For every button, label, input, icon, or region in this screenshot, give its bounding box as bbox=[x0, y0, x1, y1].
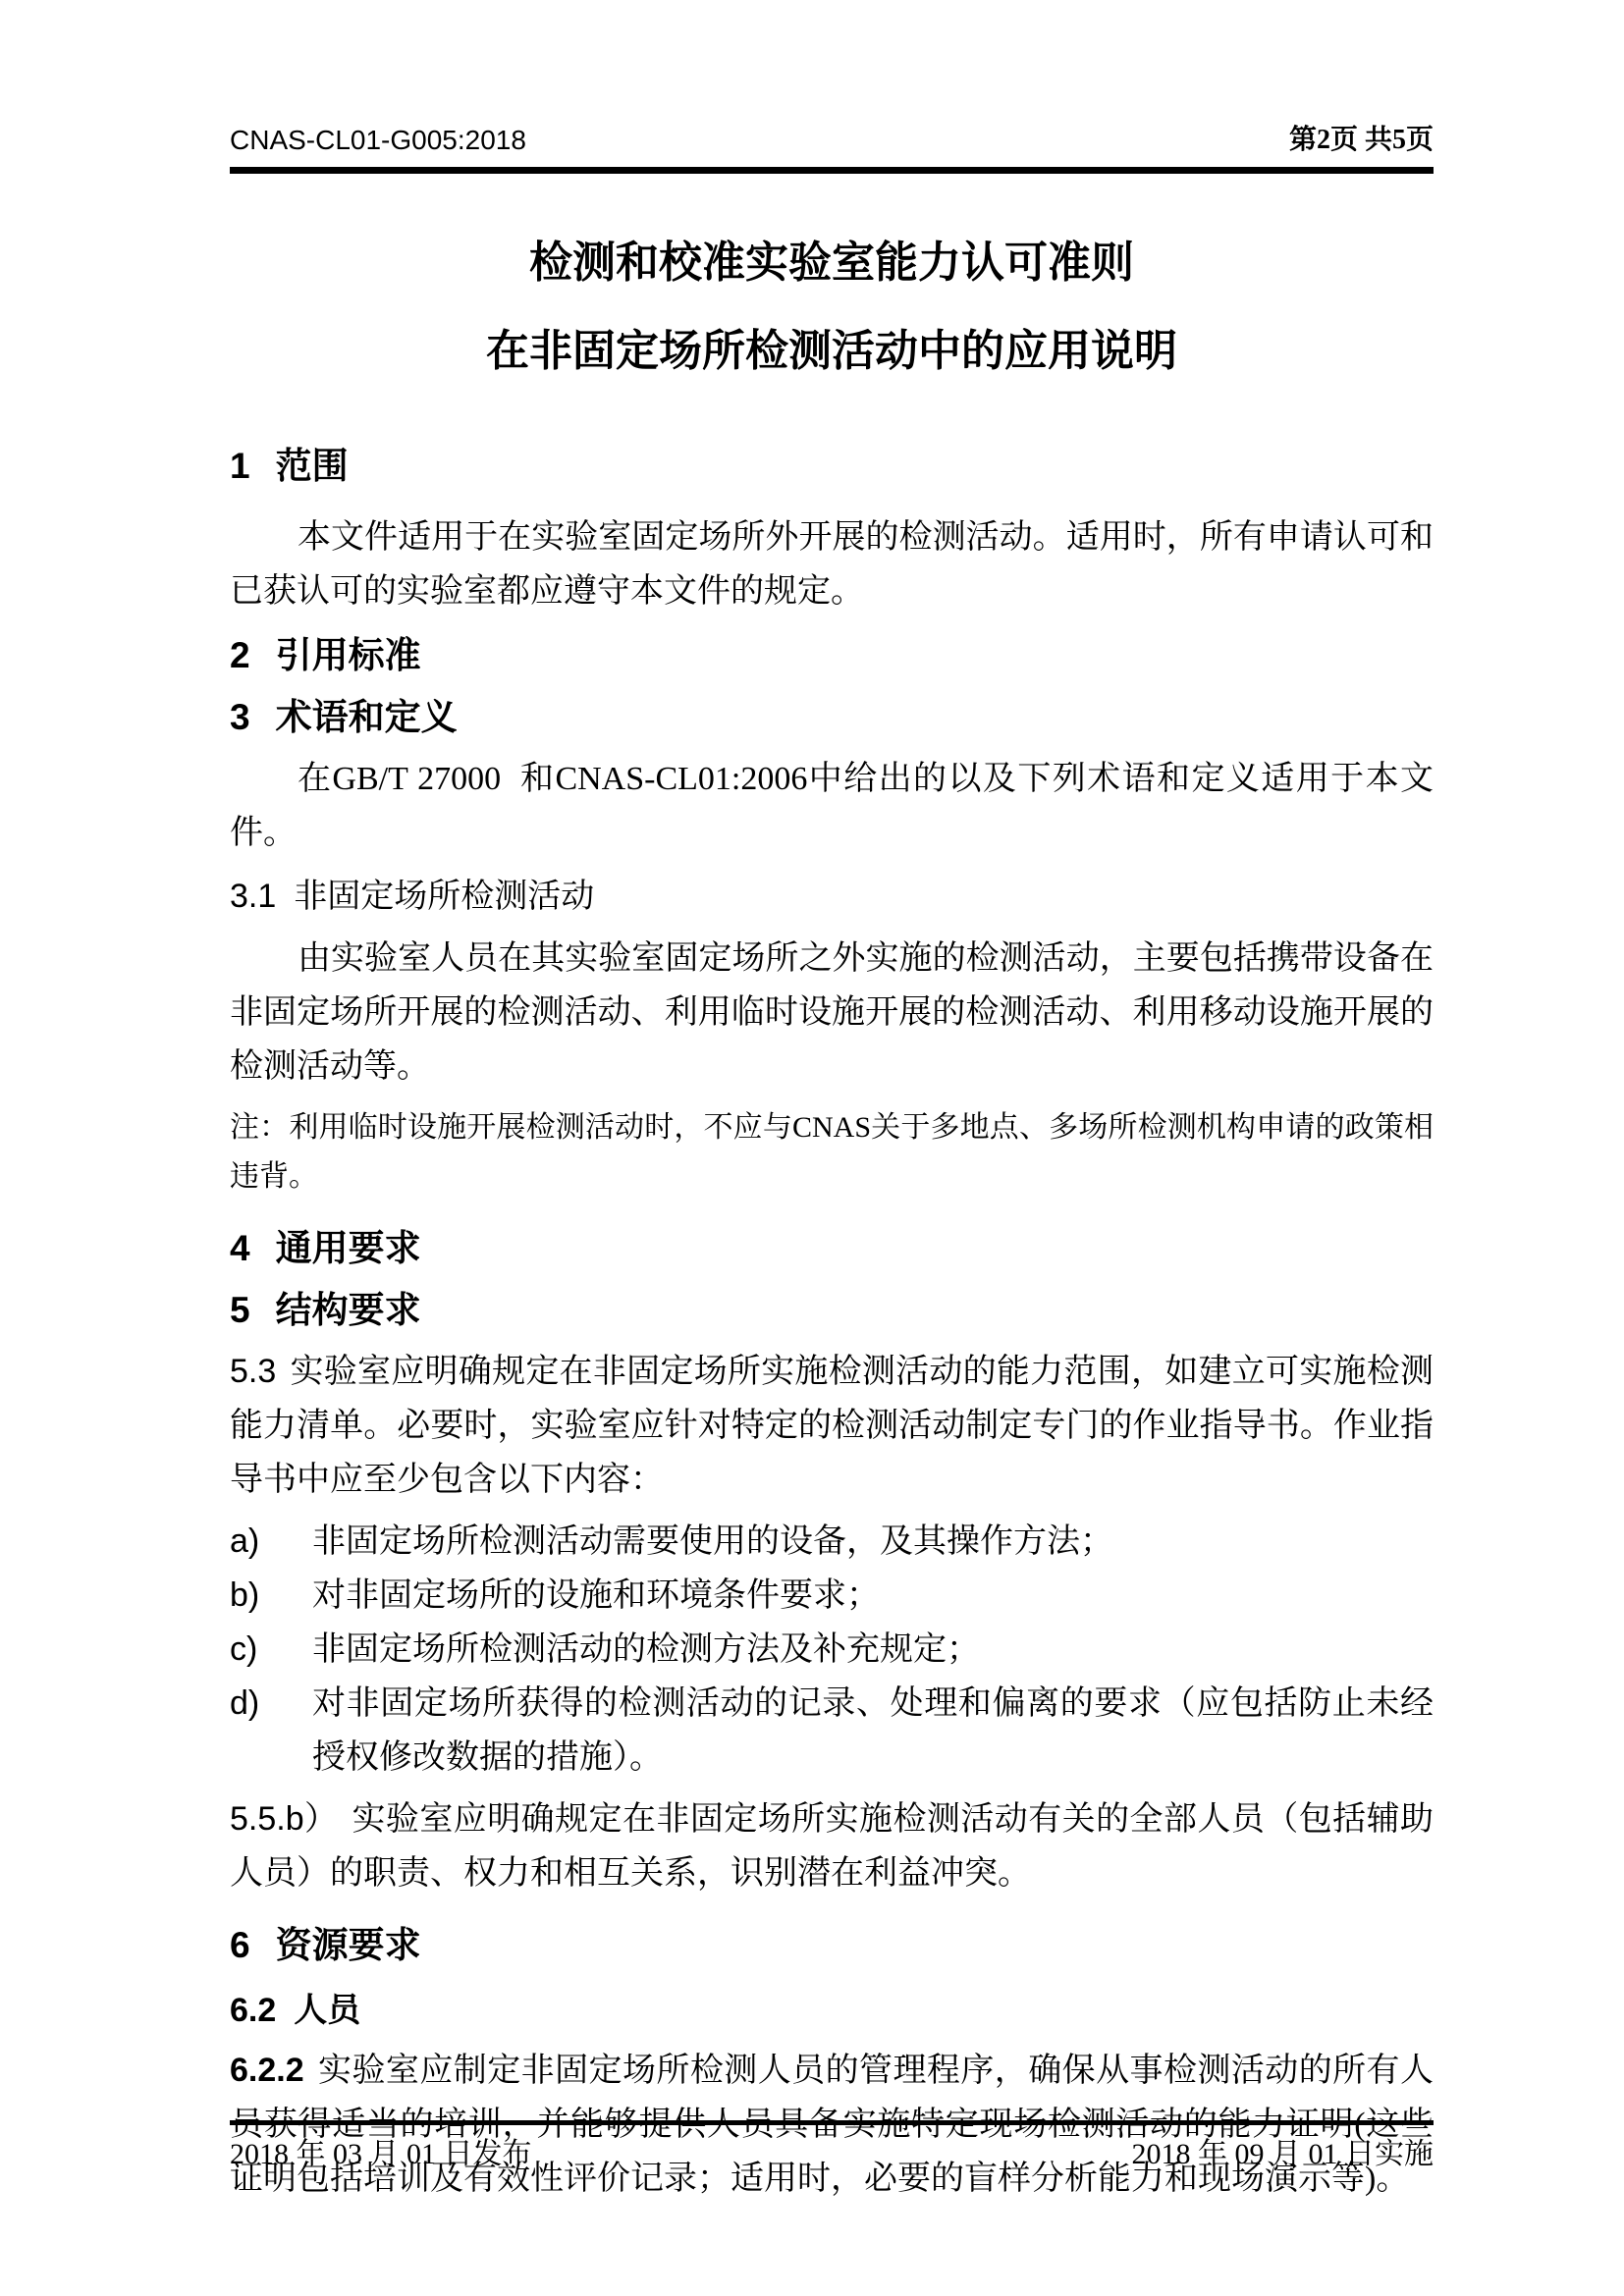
clause-text: 实验室应明确规定在非固定场所实施检测活动有关的全部人员（包括辅助人员）的职责、权… bbox=[230, 1801, 1434, 1892]
clause-number: 5.3 bbox=[230, 1353, 276, 1390]
issue-date: 2018 年 03 月 01 日发布 bbox=[230, 2137, 532, 2172]
page-header: CNAS-CL01-G005:2018 第2页 共5页 bbox=[230, 0, 1434, 174]
section-number: 6 bbox=[230, 1925, 250, 1965]
clause-number: 6.2.2 bbox=[230, 2052, 304, 2089]
list-marker: c) bbox=[230, 1623, 257, 1677]
section-label: 资源要求 bbox=[276, 1926, 421, 1966]
list-item-d: d)对非固定场所获得的检测活动的记录、处理和偏离的要求（应包括防止未经授权修改数… bbox=[230, 1677, 1434, 1785]
section-number: 1 bbox=[230, 446, 250, 486]
section-heading-5: 5结构要求 bbox=[230, 1283, 1434, 1339]
paragraph-term-definition: 由实验室人员在其实验室固定场所之外实施的检测活动，主要包括携带设备在非固定场所开… bbox=[230, 932, 1434, 1094]
doc-title: 检测和校准实验室能力认可准则 在非固定场所检测活动中的应用说明 bbox=[230, 235, 1434, 380]
page-footer: 2018 年 03 月 01 日发布 2018 年 09 月 01 日实施 bbox=[230, 2120, 1434, 2172]
term-label: 非固定场所检测活动 bbox=[294, 879, 594, 915]
list-text: 非固定场所检测活动需要使用的设备，及其操作方法； bbox=[312, 1523, 1113, 1560]
section-heading-1: 1范围 bbox=[230, 439, 1434, 495]
section-number: 3 bbox=[230, 697, 250, 737]
section-number: 4 bbox=[230, 1228, 250, 1268]
subsection-label: 人员 bbox=[294, 1993, 360, 2029]
clause-5-3: 5.3实验室应明确规定在非固定场所实施检测活动的能力范围，如建立可实施检测能力清… bbox=[230, 1345, 1434, 1507]
section-label: 引用标准 bbox=[276, 636, 421, 676]
subsection-heading-6-2: 6.2人员 bbox=[230, 1984, 1434, 2038]
list-marker: a) bbox=[230, 1515, 259, 1569]
doc-title-line1: 检测和校准实验室能力认可准则 bbox=[230, 235, 1434, 292]
list-text: 对非固定场所获得的检测活动的记录、处理和偏离的要求（应包括防止未经授权修改数据的… bbox=[312, 1685, 1434, 1776]
section-label: 结构要求 bbox=[276, 1291, 421, 1331]
doc-title-line2: 在非固定场所检测活动中的应用说明 bbox=[230, 323, 1434, 380]
term-number: 3.1 bbox=[230, 878, 276, 915]
section-number: 5 bbox=[230, 1290, 250, 1330]
section-heading-3: 3术语和定义 bbox=[230, 690, 1434, 746]
clause-text: 实验室应明确规定在非固定场所实施检测活动的能力范围，如建立可实施检测能力清单。必… bbox=[230, 1354, 1434, 1498]
list-item-c: c)非固定场所检测活动的检测方法及补充规定； bbox=[230, 1623, 1434, 1677]
note-text: 注：利用临时设施开展检测活动时，不应与CNAS关于多地点、多场所检测机构申请的政… bbox=[230, 1103, 1434, 1201]
paragraph-terms-intro: 在GB/T 27000 和CNAS-CL01:2006中给出的以及下列术语和定义… bbox=[230, 752, 1434, 860]
list-text: 非固定场所检测活动的检测方法及补充规定； bbox=[312, 1631, 980, 1668]
section-label: 通用要求 bbox=[276, 1229, 421, 1269]
list-marker: b) bbox=[230, 1569, 259, 1623]
section-heading-4: 4通用要求 bbox=[230, 1221, 1434, 1277]
clause-number: 5.5.b） bbox=[230, 1800, 339, 1838]
term-heading-3-1: 3.1非固定场所检测活动 bbox=[230, 870, 1434, 924]
requirements-list: a)非固定场所检测活动需要使用的设备，及其操作方法； b)对非固定场所的设施和环… bbox=[230, 1515, 1434, 1785]
section-heading-6: 6资源要求 bbox=[230, 1918, 1434, 1974]
document-page: CNAS-CL01-G005:2018 第2页 共5页 检测和校准实验室能力认可… bbox=[0, 0, 1624, 2296]
implement-date: 2018 年 09 月 01 日实施 bbox=[1132, 2137, 1435, 2172]
section-label: 术语和定义 bbox=[276, 698, 458, 738]
clause-5-5-b: 5.5.b）实验室应明确规定在非固定场所实施检测活动有关的全部人员（包括辅助人员… bbox=[230, 1792, 1434, 1900]
section-number: 2 bbox=[230, 635, 250, 675]
list-text: 对非固定场所的设施和环境条件要求； bbox=[312, 1577, 880, 1614]
section-label: 范围 bbox=[276, 447, 349, 487]
list-marker: d) bbox=[230, 1677, 259, 1731]
doc-code: CNAS-CL01-G005:2018 bbox=[230, 124, 526, 157]
paragraph-scope: 本文件适用于在实验室固定场所外开展的检测活动。适用时，所有申请认可和已获认可的实… bbox=[230, 510, 1434, 618]
subsection-number: 6.2 bbox=[230, 1992, 276, 2029]
section-heading-2: 2引用标准 bbox=[230, 628, 1434, 684]
list-item-a: a)非固定场所检测活动需要使用的设备，及其操作方法； bbox=[230, 1515, 1434, 1569]
page-number: 第2页 共5页 bbox=[1289, 124, 1434, 157]
list-item-b: b)对非固定场所的设施和环境条件要求； bbox=[230, 1569, 1434, 1623]
